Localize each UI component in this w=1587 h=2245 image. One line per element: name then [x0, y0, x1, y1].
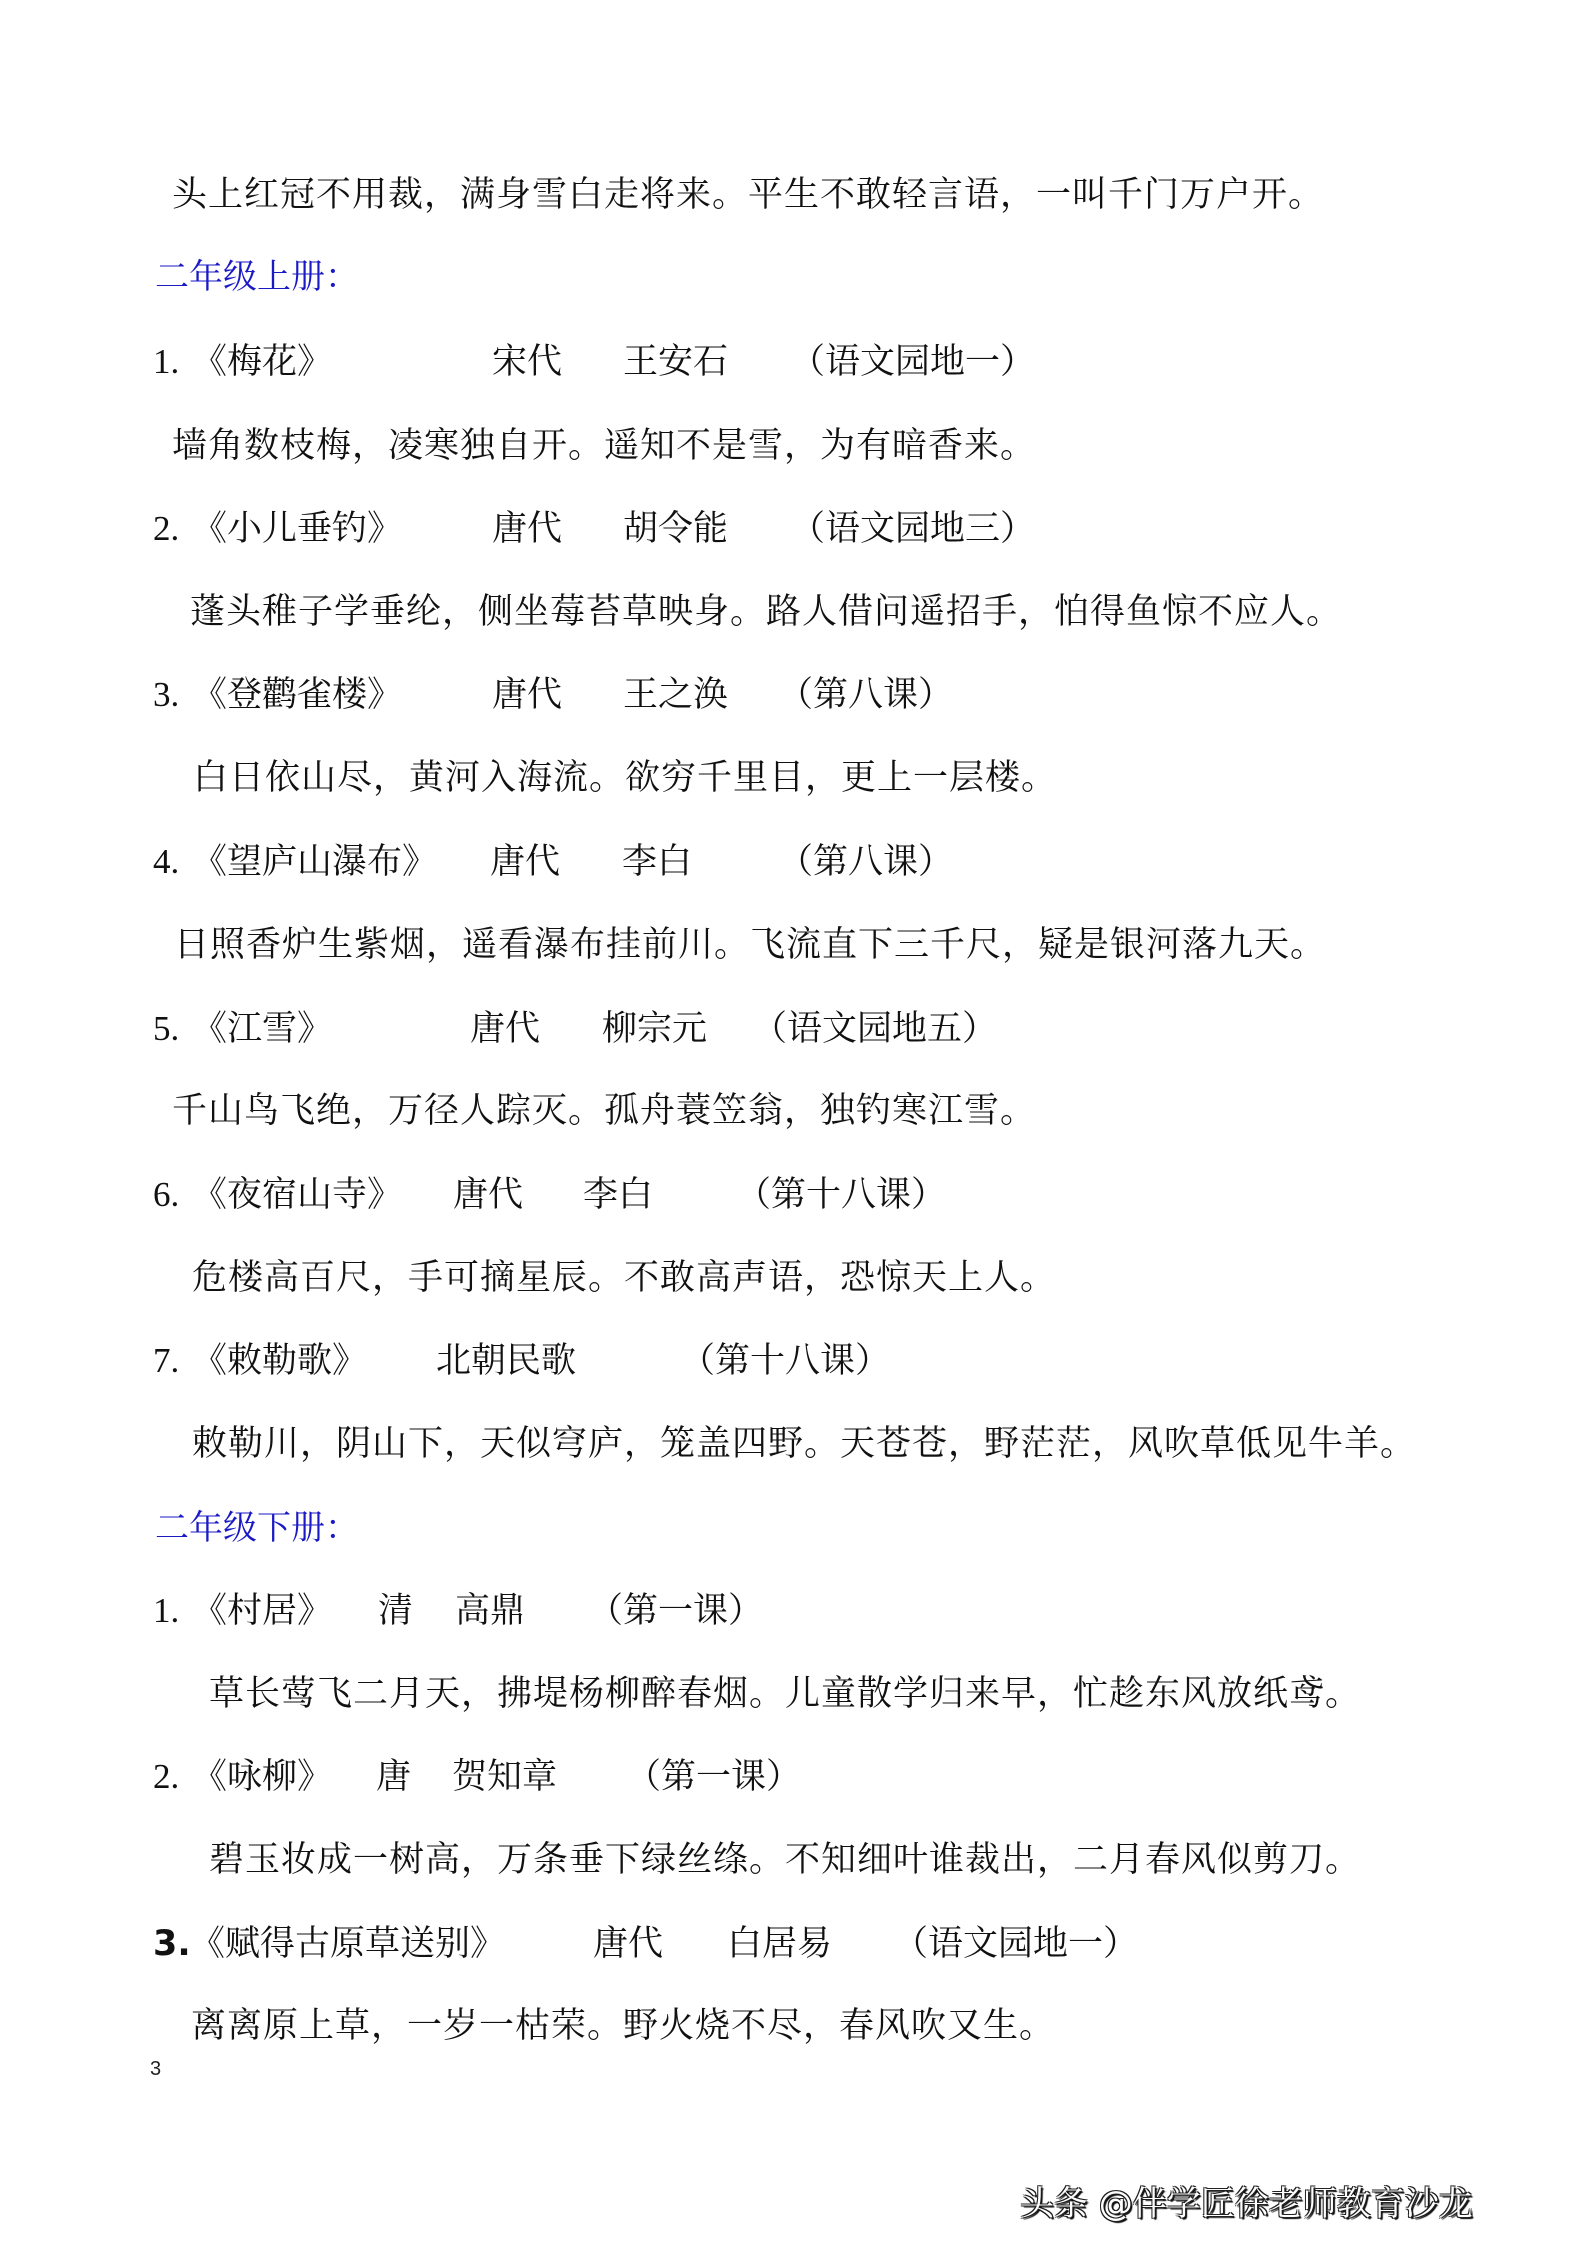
poem-author: 李白	[622, 840, 692, 884]
poem-text: 蓬头稚子学垂纶，侧坐莓苔草映身。路人借问遥招手，怕得鱼惊不应人。	[190, 590, 1342, 634]
poem-title-row: 2. 《小儿垂钓》 唐代 胡令能 （语文园地三）	[0, 507, 1587, 551]
item-number: 7.	[153, 1339, 179, 1383]
item-number: 6.	[153, 1173, 179, 1217]
poem-dynasty: 北朝民歌	[436, 1339, 576, 1383]
poem-source: （第八课）	[778, 840, 953, 884]
poem-author: 柳宗元	[602, 1007, 707, 1051]
poem-dynasty: 唐代	[470, 1007, 540, 1051]
poem-title-row: 5. 《江雪》 唐代 柳宗元 （语文园地五）	[0, 1007, 1587, 1051]
poem-author: 白居易	[727, 1922, 832, 1966]
poem-title: 《村居》	[192, 1589, 332, 1633]
poem-dynasty: 宋代	[492, 340, 562, 384]
poem-text: 碧玉妆成一树高，万条垂下绿丝绦。不知细叶谁裁出，二月春风似剪刀。	[209, 1838, 1361, 1882]
poem-author: 王安石	[623, 340, 728, 384]
poem-source: （语文园地一）	[893, 1922, 1138, 1966]
poem-source: （语文园地五）	[752, 1007, 997, 1051]
poem-author: 高鼎	[455, 1589, 525, 1633]
poem-title: 《登鹳雀楼》	[192, 673, 402, 717]
poem-dynasty: 唐代	[453, 1173, 523, 1217]
intro-poem: 头上红冠不用裁，满身雪白走将来。平生不敢轻言语，一叫千门万户开。	[172, 173, 1324, 217]
poem-title: 《咏柳》	[192, 1755, 332, 1799]
poem-dynasty: 唐代	[593, 1922, 663, 1966]
poem-text: 墙角数枝梅，凌寒独自开。遥知不是雪，为有暗香来。	[172, 424, 1036, 468]
poem-author: 王之涣	[623, 673, 728, 717]
poem-title: 《夜宿山寺》	[192, 1173, 402, 1217]
poem-title-row: 1. 《梅花》 宋代 王安石 （语文园地一）	[0, 340, 1587, 384]
poem-title: 《望庐山瀑布》	[192, 840, 437, 884]
item-number: 5.	[153, 1007, 179, 1051]
poem-text: 白日依山尽，黄河入海流。欲穷千里目，更上一层楼。	[193, 756, 1057, 800]
poem-title-row: 7. 《敕勒歌》 北朝民歌 （第十八课）	[0, 1339, 1587, 1383]
item-number: 4.	[153, 840, 179, 884]
watermark-text: 头条 @伴学匠徐老师教育沙龙	[1020, 2176, 1473, 2225]
poem-title: 《敕勒歌》	[192, 1339, 367, 1383]
poem-title: 《赋得古原草送别》	[190, 1922, 505, 1966]
poem-title: 《小儿垂钓》	[192, 507, 402, 551]
poem-source: （第十八课）	[680, 1339, 890, 1383]
poem-dynasty: 唐	[376, 1755, 411, 1799]
poem-source: （语文园地三）	[790, 507, 1035, 551]
item-number: 3.	[153, 673, 179, 717]
item-number: 2.	[153, 507, 179, 551]
poem-text: 千山鸟飞绝，万径人踪灭。孤舟蓑笠翁，独钓寒江雪。	[172, 1089, 1036, 1133]
poem-title: 《江雪》	[192, 1007, 332, 1051]
poem-author: 李白	[583, 1173, 653, 1217]
poem-text: 危楼高百尺，手可摘星辰。不敢高声语，恐惊天上人。	[192, 1256, 1056, 1300]
section-heading-grade2-vol1: 二年级上册：	[155, 255, 359, 299]
poem-text: 日照香炉生紫烟，遥看瀑布挂前川。飞流直下三千尺，疑是银河落九天。	[174, 923, 1326, 967]
item-number: 2.	[153, 1755, 179, 1799]
poem-text: 离离原上草，一岁一枯荣。野火烧不尽，春风吹又生。	[191, 2004, 1055, 2048]
poem-title-row: 6. 《夜宿山寺》 唐代 李白 （第十八课）	[0, 1173, 1587, 1217]
section-heading-grade2-vol2: 二年级下册：	[155, 1506, 359, 1550]
page-number: 3	[150, 2058, 161, 2081]
poem-dynasty: 唐代	[492, 507, 562, 551]
poem-title-row: 1. 《村居》 清 高鼎 （第一课）	[0, 1589, 1587, 1633]
poem-source: （第十八课）	[736, 1173, 946, 1217]
poem-title-row: 2. 《咏柳》 唐 贺知章 （第一课）	[0, 1755, 1587, 1799]
poem-title: 《梅花》	[192, 340, 332, 384]
poem-dynasty: 唐代	[492, 673, 562, 717]
poem-source: （第一课）	[588, 1589, 763, 1633]
poem-source: （第一课）	[626, 1755, 801, 1799]
poem-title-row: 4. 《望庐山瀑布》 唐代 李白 （第八课）	[0, 840, 1587, 884]
item-number: 1.	[153, 1589, 179, 1633]
poem-dynasty: 唐代	[490, 840, 560, 884]
poem-text: 敕勒川，阴山下，天似穹庐，笼盖四野。天苍苍，野茫茫，风吹草低见牛羊。	[192, 1422, 1416, 1466]
poem-title-row: 3. 《登鹳雀楼》 唐代 王之涣 （第八课）	[0, 673, 1587, 717]
poem-text: 草长莺飞二月天，拂堤杨柳醉春烟。儿童散学归来早，忙趁东风放纸鸢。	[209, 1672, 1361, 1716]
poem-source: （语文园地一）	[790, 340, 1035, 384]
poem-author: 贺知章	[452, 1755, 557, 1799]
poem-title-row: 3. 《赋得古原草送别》 唐代 白居易 （语文园地一）	[0, 1922, 1587, 1966]
poem-source: （第八课）	[778, 673, 953, 717]
item-number: 3.	[153, 1922, 191, 1966]
poem-dynasty: 清	[378, 1589, 413, 1633]
item-number: 1.	[153, 340, 179, 384]
poem-author: 胡令能	[623, 507, 728, 551]
